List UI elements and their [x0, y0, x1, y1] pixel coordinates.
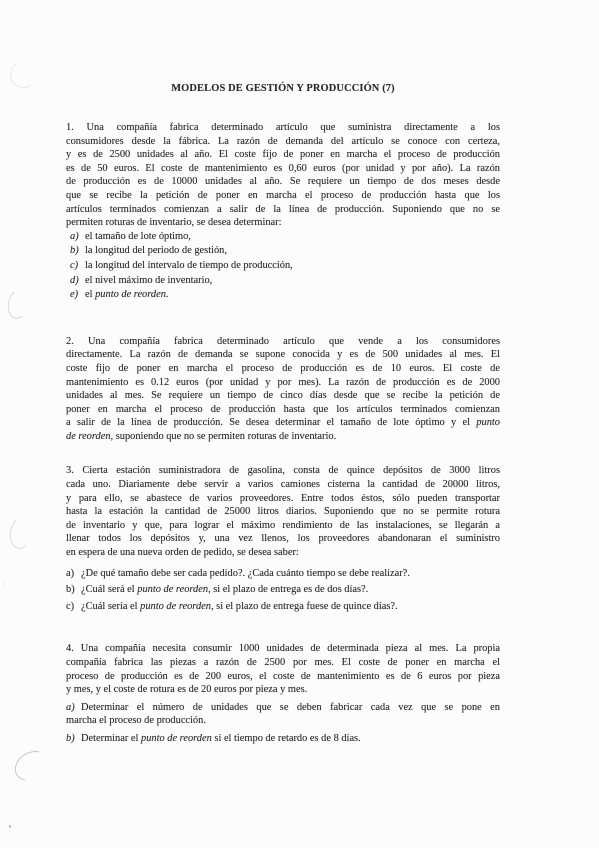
text-segment: la longitud del intervalo de tiempo de p… [85, 260, 293, 271]
text-segment: en espera de una nueva orden de pedido, … [66, 547, 299, 558]
text-segment: punto de reorden [140, 601, 211, 612]
problem-4-item-b: b)Determinar el punto de reorden si el t… [66, 732, 500, 746]
text-line: permiten roturas de inventario, se desea… [66, 216, 500, 230]
item-label: b) [70, 244, 85, 258]
text-line: marcha el proceso de producción. [66, 714, 500, 728]
text-line: en espera de una nueva orden de pedido, … [66, 546, 500, 560]
text-line: coste fijo de poner en marcha el proceso… [66, 362, 500, 376]
text-segment: directamente. La razón de demanda se sup… [66, 349, 500, 360]
text-line: mantenimiento es 0.12 euros (por unidad … [66, 376, 500, 390]
text-line: 3. Cierta estación suministradora de gas… [66, 464, 500, 478]
text-segment: el nivel máximo de inventario, [85, 275, 212, 286]
text-line: directamente. La razón de demanda se sup… [66, 348, 500, 362]
text-line: poner en marcha el proceso de producción… [66, 403, 500, 417]
text-line: e)el punto de reorden. [70, 288, 500, 302]
page-title: MODELOS DE GESTIÓN Y PRODUCCIÓN (7) [66, 82, 500, 95]
scanned-document-page: MODELOS DE GESTIÓN Y PRODUCCIÓN (7) 1. U… [0, 0, 599, 848]
text-segment: proceso de producción es de 200 euros, e… [66, 671, 500, 682]
text-segment: la longitud del periodo de gestión, [85, 245, 227, 256]
text-line: b)Determinar el punto de reorden si el t… [66, 732, 500, 746]
text-segment: el tamaño de lote óptimo, [85, 231, 191, 242]
text-line: 4. Una compañía necesita consumir 1000 u… [66, 642, 500, 656]
text-line: y es de 2500 unidades al año. El coste f… [66, 148, 500, 162]
text-segment: y para ello, se abastece de varios prove… [66, 493, 500, 504]
text-segment: Determinar el [81, 733, 141, 744]
text-line: hasta la estación la cantidad de 25000 l… [66, 505, 500, 519]
text-segment: y es de 2500 unidades al año. El coste f… [66, 149, 500, 160]
text-segment: mantenimiento es 0.12 euros (por unidad … [66, 377, 500, 388]
text-segment: , si el plazo de entrega fuese de quince… [211, 601, 398, 612]
item-label: a) [66, 701, 81, 715]
text-segment: consumidores desde la fábrica. La razón … [66, 136, 500, 147]
item-label: a) [70, 230, 85, 244]
text-line: a)¿De qué tamaño debe ser cada pedido?. … [66, 567, 500, 581]
problem-3: 3. Cierta estación suministradora de gas… [66, 464, 500, 613]
item-label: c) [66, 600, 81, 614]
text-line: c)la longitud del intervalo de tiempo de… [70, 259, 500, 273]
text-segment: unidades al mes. Se requiere un tiempo d… [66, 390, 500, 401]
text-line: consumidores desde la fábrica. La razón … [66, 135, 500, 149]
item-label: e) [70, 288, 85, 302]
text-segment: coste fijo de poner en marcha el proceso… [66, 363, 500, 374]
text-segment: 4. Una compañía necesita consumir 1000 u… [66, 643, 500, 654]
item-label: c) [70, 259, 85, 273]
problem-3-statement: 3. Cierta estación suministradora de gas… [66, 464, 500, 559]
problem-4-item-a: a)Determinar el número de unidades que s… [66, 701, 500, 728]
text-segment: poner en marcha el proceso de producción… [66, 404, 500, 415]
text-segment: Determinar el número de unidades que se … [81, 702, 500, 713]
scan-artifact-arc [7, 515, 34, 550]
text-segment: 3. Cierta estación suministradora de gas… [66, 465, 500, 476]
text-line: es de 50 euros. El coste de mantenimient… [66, 162, 500, 176]
item-label: b) [66, 732, 81, 746]
text-line: a)el tamaño de lote óptimo, [70, 230, 500, 244]
problem-1: 1. Una compañía fabrica determinado artí… [66, 121, 500, 302]
problem-3-item-a: a)¿De qué tamaño debe ser cada pedido?. … [66, 567, 500, 581]
problem-1-statement: 1. Una compañía fabrica determinado artí… [66, 121, 500, 230]
problem-1-item-b: b)la longitud del periodo de gestión, [70, 244, 500, 258]
problem-1-item-d: d)el nivel máximo de inventario, [70, 274, 500, 288]
problem-1-item-e: e)el punto de reorden. [70, 288, 500, 302]
problem-1-item-a: a)el tamaño de lote óptimo, [70, 230, 500, 244]
text-line: d)el nivel máximo de inventario, [70, 274, 500, 288]
problem-2: 2. Una compañía fabrica determinado artí… [66, 335, 500, 444]
text-line: de reorden, suponiendo que no se permite… [66, 430, 500, 444]
text-segment: ¿Cuál será el [81, 584, 137, 595]
text-segment: es de 50 euros. El coste de mantenimient… [66, 163, 500, 174]
text-segment: si el tiempo de retardo es de 8 días. [212, 733, 361, 744]
text-line: unidades al mes. Se requiere un tiempo d… [66, 389, 500, 403]
text-line: artículos terminados comienzan a salir d… [66, 203, 500, 217]
scan-artifact-ring [8, 59, 38, 89]
scan-speck [9, 825, 11, 828]
text-segment: marcha el proceso de producción. [66, 715, 206, 726]
text-segment: llenar todos los depósitos y, una vez ll… [66, 533, 500, 544]
problem-4-items: a)Determinar el número de unidades que s… [66, 701, 500, 746]
text-segment: artículos terminados comienzan a salir d… [66, 204, 500, 215]
problem-3-items: a)¿De qué tamaño debe ser cada pedido?. … [66, 560, 500, 614]
text-segment: . [166, 289, 169, 300]
text-segment: que se recibe la petición de poner en ma… [66, 190, 500, 201]
text-segment: hasta la estación la cantidad de 25000 l… [66, 506, 500, 517]
problem-3-item-c: c)¿Cuál sería el punto de reorden, si el… [66, 600, 500, 614]
item-label: b) [66, 583, 81, 597]
problem-1-item-c: c)la longitud del intervalo de tiempo de… [70, 259, 500, 273]
text-line: c)¿Cuál sería el punto de reorden, si el… [66, 600, 500, 614]
problem-1-items: a)el tamaño de lote óptimo, b)la longitu… [66, 230, 500, 302]
text-line: y para ello, se abastece de varios prove… [66, 492, 500, 506]
text-segment: y mes, y el coste de rotura es de 20 eur… [66, 684, 307, 695]
text-segment: punto de reorden [137, 584, 208, 595]
text-line: b)la longitud del periodo de gestión, [70, 244, 500, 258]
text-line: de producción es de 10000 unidades al añ… [66, 175, 500, 189]
text-line: de inventario y que, para lograr el máxi… [66, 519, 500, 533]
item-label: a) [66, 567, 81, 581]
text-segment: de reorden [66, 431, 111, 442]
text-segment: de inventario y que, para lograr el máxi… [66, 520, 500, 531]
text-line: a salir de la línea de producción. Se de… [66, 416, 500, 430]
problem-4-statement: 4. Una compañía necesita consumir 1000 u… [66, 642, 500, 696]
text-block: MODELOS DE GESTIÓN Y PRODUCCIÓN (7) 1. U… [66, 82, 500, 746]
text-segment: a salir de la línea de producción. Se de… [66, 417, 476, 428]
text-segment: 2. Una compañía fabrica determinado artí… [66, 336, 500, 347]
text-segment: de producción es de 10000 unidades al añ… [66, 176, 500, 187]
text-line: y mes, y el coste de rotura es de 20 eur… [66, 683, 500, 697]
text-segment: ¿Cuál sería el [81, 601, 140, 612]
text-line: b)¿Cuál será el punto de reorden, si el … [66, 583, 500, 597]
scan-artifact-arc [5, 287, 32, 321]
problem-2-statement: 2. Una compañía fabrica determinado artí… [66, 335, 500, 444]
text-segment: punto de reorden [141, 733, 212, 744]
text-segment: , si el plazo de entrega es de dos días?… [208, 584, 368, 595]
text-line: 1. Una compañía fabrica determinado artí… [66, 121, 500, 135]
text-segment: el [85, 289, 95, 300]
problem-4: 4. Una compañía necesita consumir 1000 u… [66, 642, 500, 745]
scan-speck [4, 583, 5, 585]
text-segment: 1. Una compañía fabrica determinado artí… [66, 122, 500, 133]
problem-3-item-b: b)¿Cuál será el punto de reorden, si el … [66, 583, 500, 597]
scan-artifact-arc [10, 745, 55, 787]
text-line: que se recibe la petición de poner en ma… [66, 189, 500, 203]
text-segment: ¿De qué tamaño debe ser cada pedido?. ¿C… [81, 568, 410, 579]
text-line: llenar todos los depósitos y, una vez ll… [66, 532, 500, 546]
text-line: compañía fabrica las piezas a razón de 2… [66, 656, 500, 670]
text-segment: punto [476, 417, 500, 428]
text-line: a)Determinar el número de unidades que s… [66, 701, 500, 715]
text-segment: punto de reorden [95, 289, 166, 300]
text-segment: compañía fabrica las piezas a razón de 2… [66, 657, 500, 668]
text-line: cada uno. Diariamente debe servir a vari… [66, 478, 500, 492]
text-segment: permiten roturas de inventario, se desea… [66, 217, 282, 228]
text-segment: , suponiendo que no se permiten roturas … [111, 431, 337, 442]
text-line: proceso de producción es de 200 euros, e… [66, 670, 500, 684]
text-segment: cada uno. Diariamente debe servir a vari… [66, 479, 500, 490]
text-line: 2. Una compañía fabrica determinado artí… [66, 335, 500, 349]
item-label: d) [70, 274, 85, 288]
